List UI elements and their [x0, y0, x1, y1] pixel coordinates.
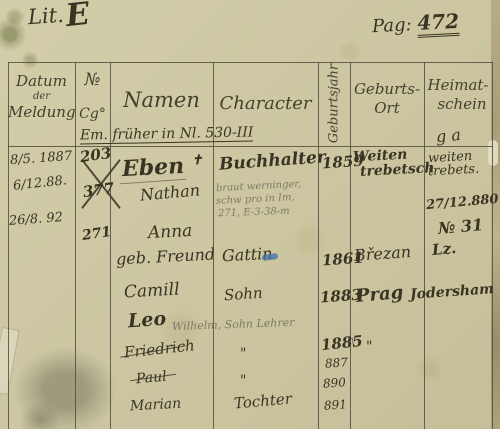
entry-heimatschein: № 31	[437, 217, 483, 237]
entry-date: 6/12.88.	[12, 174, 67, 193]
torn-right-notch	[488, 140, 498, 166]
entry-birth-year: 891	[324, 398, 348, 412]
header-number: № Cg°	[75, 72, 110, 121]
entry-birth-year: 1885	[320, 334, 363, 353]
header-namen: Namen	[110, 90, 213, 111]
header-note: Em. früher in Nl. 530-III	[80, 125, 254, 144]
header-geburtsjahr: Geburtsjahr	[328, 59, 341, 149]
header-geburtsort: Geburts- Ort	[350, 82, 424, 116]
entry-name: Leo	[127, 310, 166, 332]
pag-label: Pag:	[372, 14, 413, 37]
pencil-annotation-line: schw pro in Im,	[216, 193, 295, 207]
entry-date: 26/8. 92	[9, 211, 64, 228]
header-bottom-border	[8, 146, 493, 147]
entry-number: 271	[81, 225, 112, 243]
entry-date: 8/5. 1887	[10, 150, 73, 167]
entry-birthplace: trebetsch	[360, 161, 435, 179]
ditto-mark: "	[366, 340, 372, 354]
ditto-mark: "	[240, 347, 246, 361]
pencil-annotation-line: 271, E-3-38-m	[218, 207, 290, 219]
entry-character: Tochter	[233, 392, 292, 412]
entry-birth-year: 887	[325, 356, 349, 370]
col-line-heimatschein	[424, 62, 425, 429]
entry-name-surname: Eben ✝	[121, 154, 203, 180]
entry-heimatschein: Lz.	[431, 241, 457, 258]
lit-label: Lit.	[27, 5, 64, 28]
lit-letter: E	[64, 0, 91, 32]
col-line-geburtsjahr	[318, 62, 319, 429]
header-heimatschein: Heimat- schein	[424, 78, 492, 112]
entry-character: Sohn	[224, 286, 264, 304]
deceased-cross-mark: ✝	[191, 153, 203, 169]
entry-name: geb. Freund	[116, 246, 216, 267]
register-page-scan: Lit. E Pag: 472 Datum der Meldung № Cg° …	[0, 0, 500, 429]
page-number: Pag: 472	[372, 11, 460, 37]
heimatschein-initials: g a	[435, 127, 461, 145]
entry-heimatschein: trebets.	[428, 163, 480, 179]
entry-character: Buchhalter	[219, 149, 327, 173]
entry-birth-year: 890	[323, 376, 347, 390]
pag-value: 472	[417, 9, 460, 38]
lit-prefix: Lit.	[27, 3, 64, 29]
table-right-border	[492, 62, 493, 429]
entry-name: Nathan	[139, 182, 200, 203]
col-line-geburtsort	[350, 62, 351, 429]
entry-heimatschein: Jodersham	[410, 282, 495, 302]
entry-name-pencil-note: Wilhelm, Sohn Lehrer	[172, 317, 295, 332]
entry-name: Marian	[130, 397, 182, 414]
header-datum-meldung: Datum der Meldung	[8, 74, 75, 120]
entry-heimatschein: 27/12.880	[426, 193, 499, 212]
entry-birthplace: Prag	[355, 284, 404, 306]
header-character: Character	[213, 95, 318, 113]
entry-name: Anna	[148, 223, 193, 242]
table-top-border	[8, 62, 493, 63]
blue-ink-smudge	[262, 253, 279, 261]
tape-mark	[0, 327, 20, 395]
col-line-namen	[110, 62, 111, 429]
entry-name: Camill	[124, 282, 180, 302]
entry-birthplace: Březan	[354, 244, 412, 264]
ditto-mark: "	[240, 374, 246, 388]
